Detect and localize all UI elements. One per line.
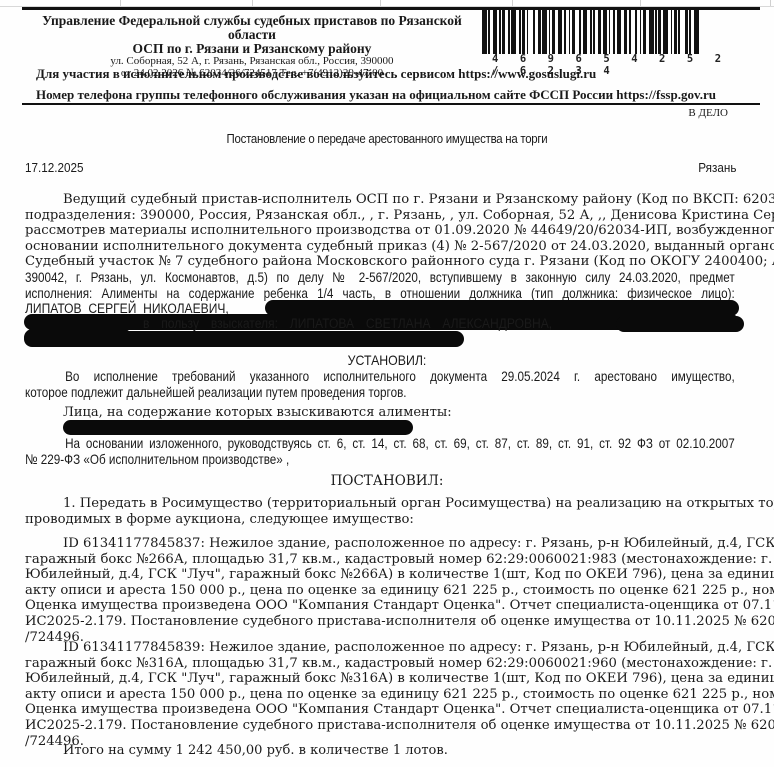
document-title: Постановление о передаче арестованного и… <box>46 131 727 146</box>
intro-paragraph-cont: 390042, г. Рязань, ул. Космонавтов, д.5)… <box>25 270 735 301</box>
intro-line: исполнения: Алименты на содержание ребен… <box>25 286 735 302</box>
established-paragraph: Во исполнение требований указанного испо… <box>25 369 735 400</box>
creditor-phrase: в пользу взыскателя: ЛИПАТОВА СВЕТЛАНА А… <box>143 316 552 332</box>
intro-line: Судебный участок № 7 судебного района Мо… <box>25 254 735 270</box>
property-line: ID 61341177845837: Нежилое здание, распо… <box>25 536 735 552</box>
intro-paragraph: Ведущий судебный пристав-исполнитель ОСП… <box>25 192 735 270</box>
department-name: ОСП по г. Рязани и Рязанскому району <box>22 42 482 56</box>
property-line: ИС2025-2.179. Постановление судебного пр… <box>25 614 735 630</box>
redaction-creditor-details <box>24 331 464 347</box>
phone-notice: Номер телефона группы телефонного обслуж… <box>36 87 716 103</box>
creditor-name: ЛИПАТОВА СВЕТЛАНА АЛЕКСАНДРОВНА, <box>290 316 552 332</box>
basis-line: № 229-ФЗ «Об исполнительном производстве… <box>25 452 735 468</box>
agency-name: Управление Федеральной службы судебных п… <box>22 14 482 42</box>
property-line: Оценка имущества произведена ООО "Компан… <box>25 598 735 614</box>
resolution-paragraph: 1. Передать в Росимущество (территориаль… <box>25 496 735 527</box>
redaction-alimony-recipients <box>63 420 413 435</box>
property-line: ID 61341177845839: Нежилое здание, распо… <box>25 640 735 656</box>
barcode <box>482 10 760 54</box>
property-line: гаражный бокс №266А, площадью 31,7 кв.м.… <box>25 552 735 568</box>
property-line: акту описи и ареста 150 000 р., цена по … <box>25 687 735 703</box>
basis-paragraph: На основании изложенного, руководствуясь… <box>25 436 735 467</box>
document-date: 17.12.2025 <box>25 160 84 175</box>
top-table-edge <box>0 0 774 7</box>
intro-line: 390042, г. Рязань, ул. Космонавтов, д.5)… <box>25 270 735 286</box>
property-line: гаражный бокс №316А, площадью 31,7 кв.м.… <box>25 656 735 672</box>
intro-line: Ведущий судебный пристав-исполнитель ОСП… <box>25 192 735 208</box>
gosuslugi-notice: Для участия в исполнительном производств… <box>36 66 596 82</box>
resolution-line: 1. Передать в Росимущество (территориаль… <box>25 496 735 512</box>
property-line: акту описи и ареста 150 000 р., цена по … <box>25 583 735 599</box>
property-line: Юбилейный, д.4, ГСК "Луч", гаражный бокс… <box>25 567 735 583</box>
property-item: ID 61341177845837: Нежилое здание, распо… <box>25 536 735 645</box>
property-line: Юбилейный, д.4, ГСК "Луч", гаражный бокс… <box>25 671 735 687</box>
header-bottom-rule <box>22 103 760 105</box>
property-item: ID 61341177845839: Нежилое здание, распо… <box>25 640 735 749</box>
property-line: ИС2025-2.179. Постановление судебного пр… <box>25 718 735 734</box>
filing-mark: В ДЕЛО <box>688 107 728 119</box>
resolved-heading: ПОСТАНОВИЛ: <box>0 473 774 489</box>
basis-line: На основании изложенного, руководствуясь… <box>25 436 735 452</box>
resolution-line: проводимых в форме аукциона, следующее и… <box>25 512 735 528</box>
property-line: Оценка имущества произведена ООО "Компан… <box>25 702 735 718</box>
intro-line: рассмотрев материалы исполнительного про… <box>25 223 735 239</box>
document-city: Рязань <box>698 160 736 175</box>
redaction-creditor-details <box>616 316 744 332</box>
intro-line: подразделения: 390000, Россия, Рязанская… <box>25 208 735 224</box>
intro-line: основании исполнительного документа суде… <box>25 239 735 255</box>
established-line: которое подлежит дальнейшей реализации п… <box>25 385 735 401</box>
creditor-label: в пользу взыскателя: <box>143 316 278 332</box>
established-heading: УСТАНОВИЛ: <box>46 352 727 368</box>
alimony-recipients-label: Лица, на содержание которых взыскиваются… <box>63 405 452 420</box>
total-line: Итого на сумму 1 242 450,00 руб. в колич… <box>63 743 448 758</box>
established-line: Во исполнение требований указанного испо… <box>25 369 735 385</box>
